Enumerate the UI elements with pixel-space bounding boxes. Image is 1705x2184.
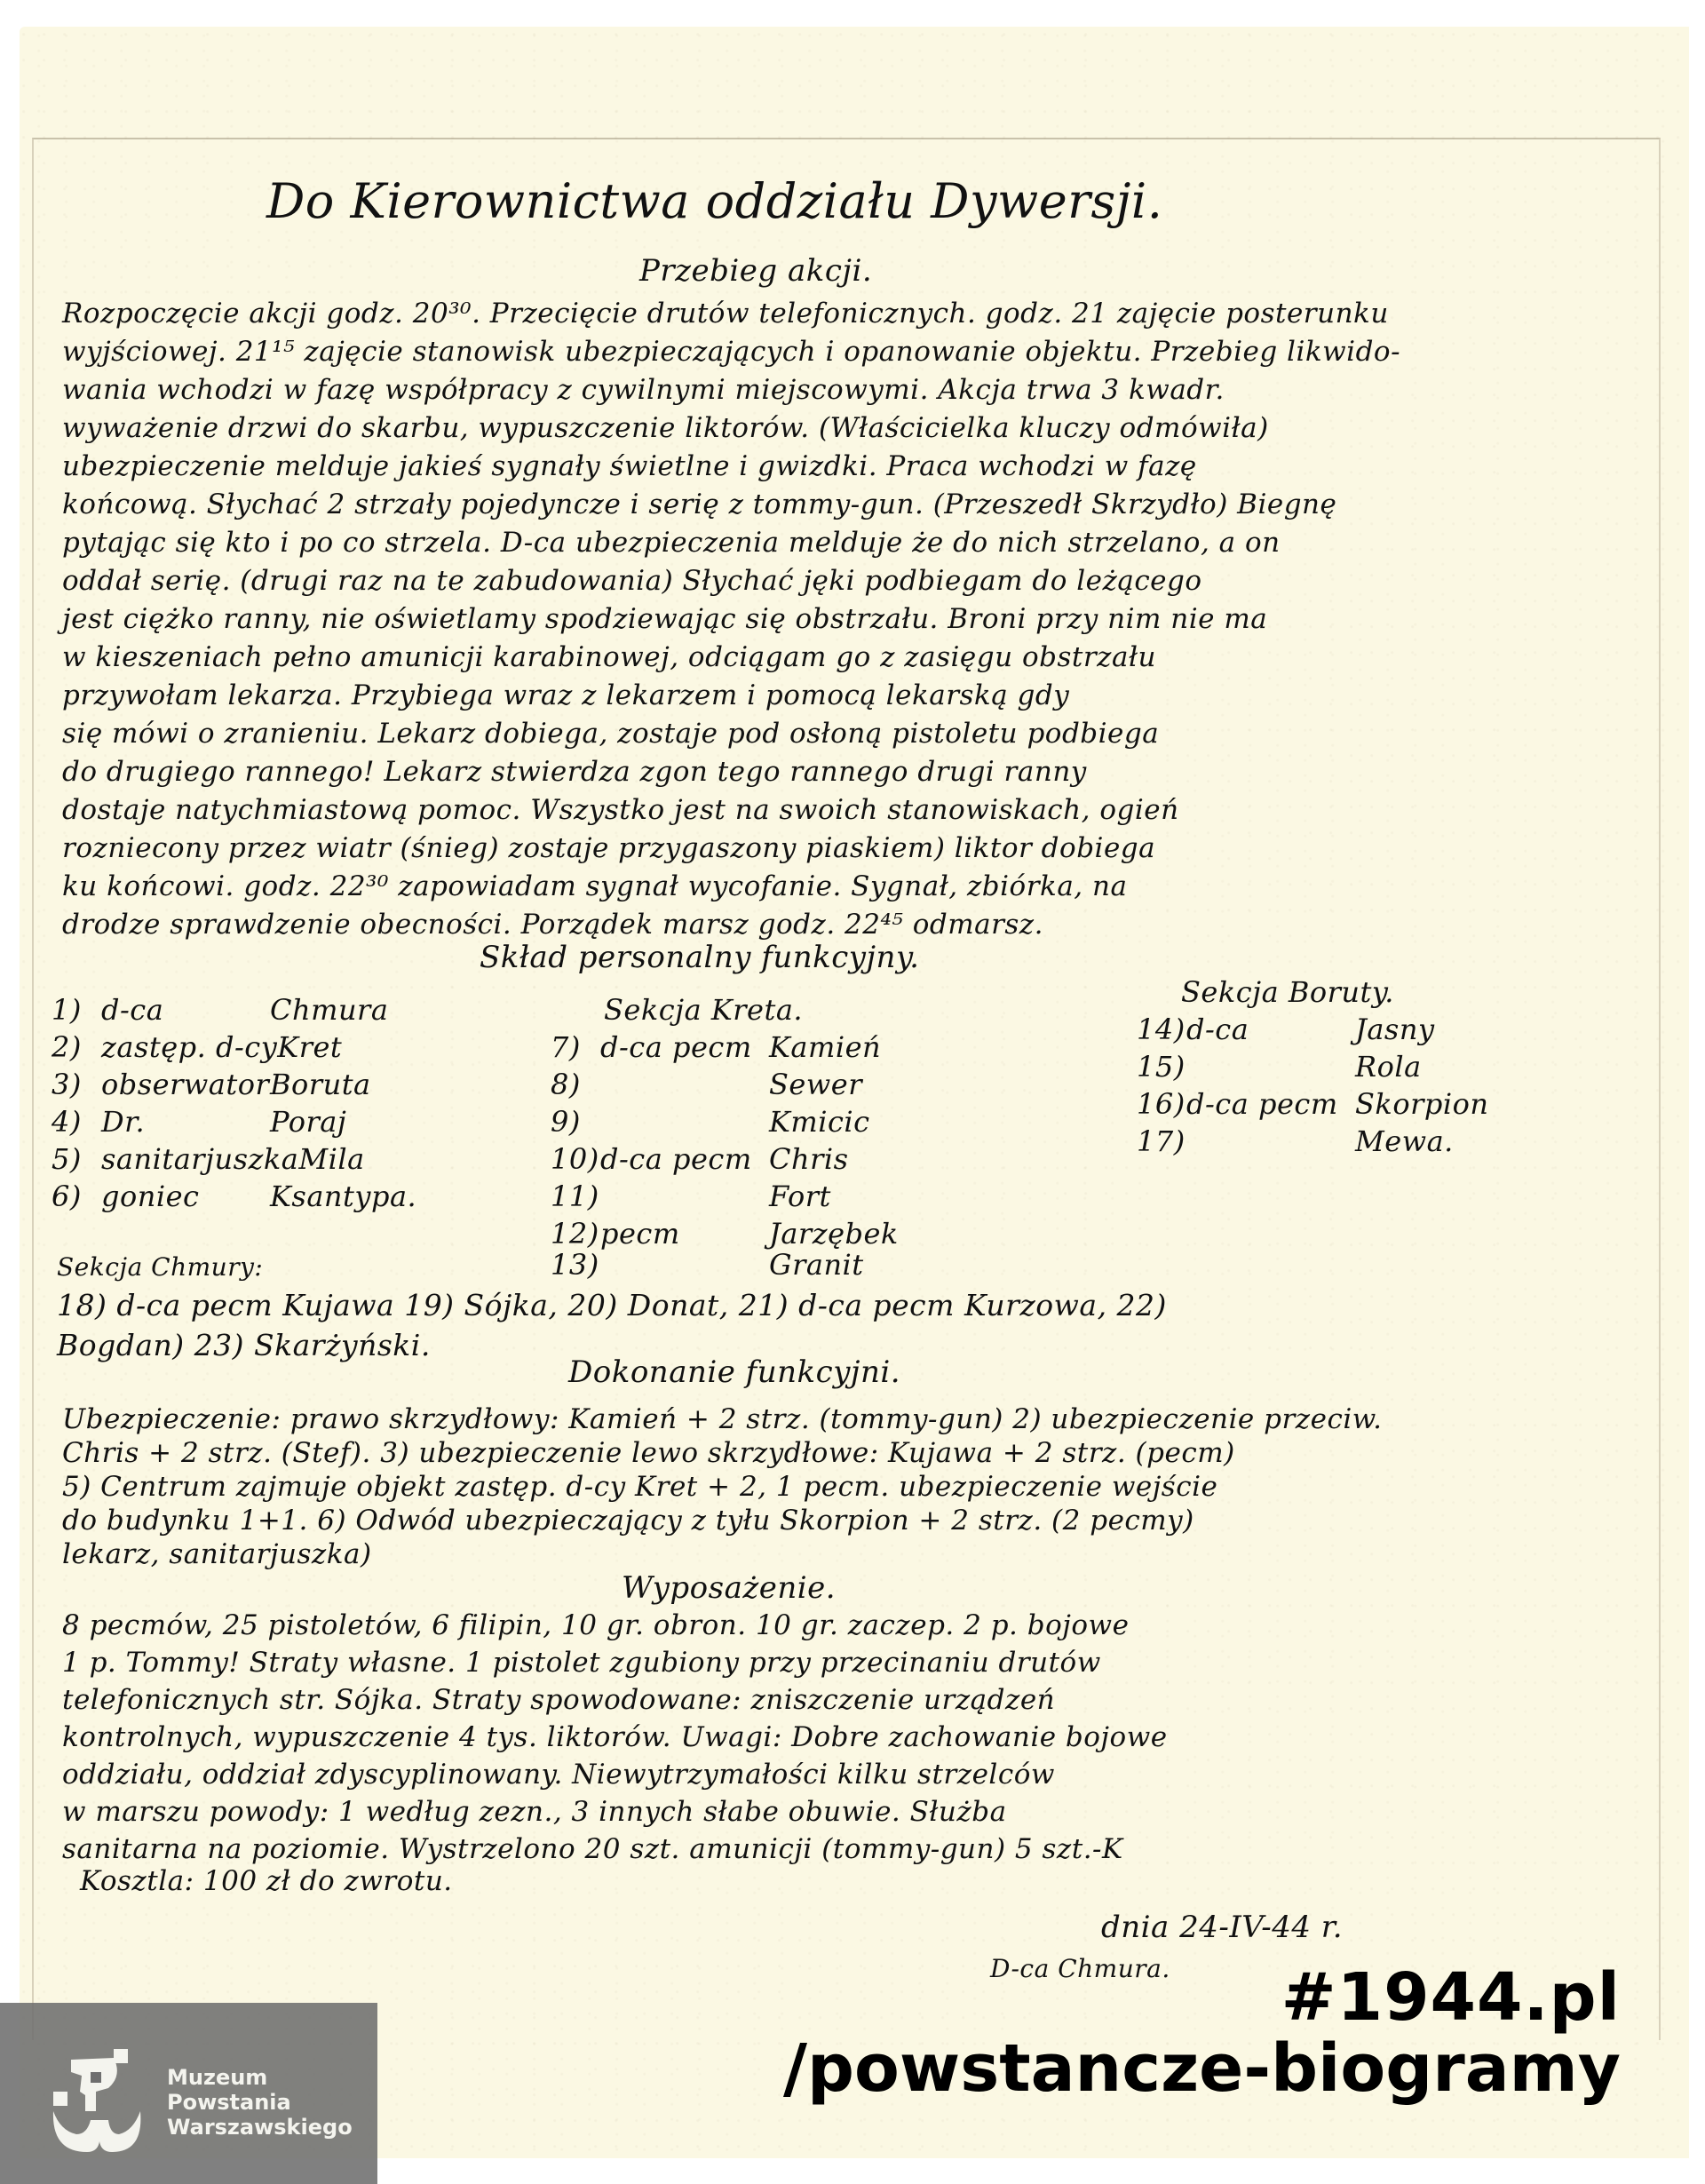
section-heading-roster: Skład personalny funkcyjny. [480, 940, 919, 975]
section-heading-course: Przebieg akcji. [639, 253, 872, 289]
roster-item: 10)d-ca pecmChris [551, 1142, 849, 1176]
section-heading-equipment: Wyposażenie. [622, 1570, 836, 1606]
section-heading-chmura: Sekcja Chmury: [57, 1252, 263, 1282]
text-line: ku końcowi. godz. 22³⁰ zapowiadam sygnał… [62, 870, 1127, 902]
text-line: Ubezpieczenie: prawo skrzydłowy: Kamień … [62, 1403, 1382, 1435]
text-line: wyjściowej. 21¹⁵ zajęcie stanowisk ubezp… [62, 336, 1400, 368]
roster-item: 17)Mewa. [1137, 1124, 1454, 1158]
text-line: 5) Centrum zajmuje objekt zastęp. d-cy K… [62, 1471, 1217, 1503]
text-line: w kieszeniach pełno amunicji karabinowej… [62, 641, 1156, 673]
text-line: 18) d-ca pecm Kujawa 19) Sójka, 20) Dona… [57, 1288, 1167, 1322]
text-line: dostaje natychmiastową pomoc. Wszystko j… [62, 794, 1179, 826]
text-line: 1 p. Tommy! Straty własne. 1 pistolet zg… [62, 1647, 1101, 1679]
text-line: kontrolnych, wypuszczenie 4 tys. liktoró… [62, 1721, 1168, 1753]
roster-item: 6)goniecKsantypa. [52, 1179, 416, 1213]
museum-name: Muzeum Powstania Warszawskiego [167, 2065, 353, 2140]
roster-item: 4)Dr.Poraj [52, 1105, 346, 1139]
text-line: ubezpieczenie melduje jakieś sygnały świ… [62, 450, 1197, 482]
roster-item: 14)d-caJasny [1137, 1013, 1435, 1046]
text-line: się mówi o zranieniu. Lekarz dobiega, zo… [62, 718, 1159, 750]
document-title: Do Kierownictwa oddziału Dywersji. [266, 173, 1162, 229]
watermark-path: /powstancze-biogramy [783, 2036, 1621, 2101]
text-line: jest ciężko ranny, nie oświetlamy spodzi… [62, 603, 1267, 635]
text-line: pytając się kto i po co strzela. D-ca ub… [62, 527, 1281, 559]
text-line: wania wchodzi w fazę współpracy z cywiln… [62, 374, 1225, 406]
roster-item: 8)Sewer [551, 1068, 862, 1101]
roster-item: 13)Granit [551, 1248, 864, 1282]
text-line: drodze sprawdzenie obecności. Porządek m… [62, 909, 1043, 941]
roster-item: 7)d-ca pecmKamień [551, 1030, 881, 1064]
text-line: sanitarna na poziomie. Wystrzelono 20 sz… [62, 1833, 1123, 1865]
roster-item: 9)Kmicic [551, 1105, 870, 1139]
text-line: rozniecony przez wiatr (śnieg) zostaje p… [62, 832, 1155, 864]
text-line: do budynku 1+1. 6) Odwód ubezpieczający … [62, 1505, 1194, 1537]
section-heading-assignment: Dokonanie funkcyjni. [568, 1354, 900, 1390]
document-signature: D-ca Chmura. [990, 1954, 1170, 1983]
museum-logo[interactable]: Muzeum Powstania Warszawskiego [0, 2003, 377, 2184]
roster-item: 12)pecmJarzębek [551, 1217, 899, 1251]
roster-item: 11)Fort [551, 1179, 831, 1213]
roster-item: 16)d-ca pecmSkorpion [1137, 1087, 1488, 1121]
text-line: Rozpoczęcie akcji godz. 20³⁰. Przecięcie… [62, 298, 1389, 330]
text-line: lekarz, sanitarjuszka) [62, 1538, 372, 1570]
text-line: 8 pecmów, 25 pistoletów, 6 filipin, 10 g… [62, 1609, 1129, 1641]
roster-item: 15)Rola [1137, 1050, 1422, 1084]
text-line: telefonicznych str. Sójka. Straty spowod… [62, 1684, 1055, 1716]
text-line: końcową. Słychać 2 strzały pojedyncze i … [62, 488, 1336, 520]
document-date: dnia 24-IV-44 r. [1101, 1910, 1343, 1945]
text-line: Kosztla: 100 zł do zwrotu. [80, 1865, 453, 1897]
text-line: Chris + 2 strz. (Stef). 3) ubezpieczenie… [62, 1437, 1235, 1469]
text-line: oddał serię. (drugi raz na te zabudowani… [62, 565, 1202, 597]
roster-item: 2)zastęp. d-cyKret [52, 1030, 342, 1064]
text-line: wyważenie drzwi do skarbu, wypuszczenie … [62, 412, 1269, 444]
watermark-site: #1944.pl [1281, 1965, 1621, 2030]
section-heading-boruta: Sekcja Boruty. [1181, 975, 1394, 1009]
roster-item: 3)obserwatorBoruta [52, 1068, 371, 1101]
kotwica-anchor-icon [52, 2049, 145, 2154]
section-heading-kret: Sekcja Kreta. [604, 993, 803, 1027]
text-line: do drugiego rannego! Lekarz stwierdza zg… [62, 756, 1087, 788]
text-line: w marszu powody: 1 według zezn., 3 innyc… [62, 1796, 1007, 1828]
text-line: Bogdan) 23) Skarżyński. [57, 1328, 431, 1362]
text-line: przywołam lekarza. Przybiega wraz z leka… [62, 679, 1069, 711]
text-line: oddziału, oddział zdyscyplinowany. Niewy… [62, 1759, 1055, 1791]
roster-item: 5)sanitarjuszkaMila [52, 1142, 365, 1176]
roster-item: 1)d-caChmura [52, 993, 388, 1027]
